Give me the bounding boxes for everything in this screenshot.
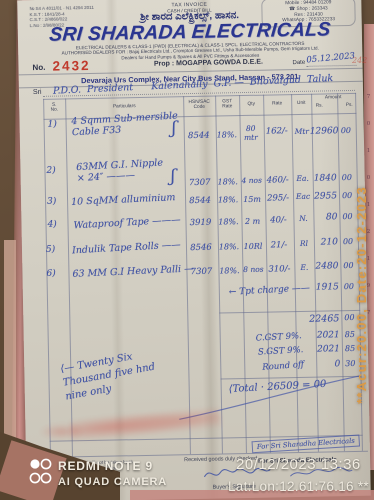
invoice-photo-scene: № S4 A 4011/01 · N1 4294 2011 K.S.T : 18… bbox=[0, 0, 374, 500]
row-rate: 310/- bbox=[264, 264, 294, 275]
row-sno: 6) bbox=[46, 269, 55, 280]
amount-in-words: ⟨— Twenty Six Thousand five hnd nine onl… bbox=[59, 347, 158, 405]
watermark-brand-line2: AI QUAD CAMERA bbox=[58, 476, 167, 488]
transport-charge-ps: 00 bbox=[344, 282, 354, 292]
buyer-label: Sri bbox=[33, 89, 42, 96]
redmi-quad-camera-logo-icon bbox=[28, 457, 54, 491]
row-particulars: Wataproof Tape ——— bbox=[73, 214, 189, 231]
col-header-amount: Amount bbox=[311, 95, 355, 101]
col-header-unit: Unit bbox=[291, 101, 311, 107]
watermark-brand-line1: REDMI NOTE 9 bbox=[58, 459, 153, 473]
row-hsn: 8544 bbox=[185, 196, 215, 207]
row-amount-ps: 00 bbox=[343, 261, 353, 271]
row-hsn: 7307 bbox=[186, 267, 216, 278]
row-sno: 4) bbox=[47, 220, 56, 231]
row-gst: 18%. bbox=[217, 177, 239, 187]
row-amount-ps: 00 bbox=[341, 126, 351, 136]
row-amount-ps: 00 bbox=[342, 173, 352, 183]
row-qty: 8 nos bbox=[240, 266, 266, 275]
photo-gps-coordinates: Lat:Lon:12.61:76.16 ** bbox=[228, 479, 369, 494]
row-qty: 2 m bbox=[241, 217, 263, 227]
row-sno: 1) bbox=[48, 120, 57, 131]
date-dotted-line bbox=[307, 65, 357, 67]
row-particulars: 10 SqMM alluminium bbox=[71, 192, 187, 208]
row-amount-rs: 80 bbox=[311, 212, 337, 223]
row-gst: 18%. bbox=[217, 217, 239, 227]
row-amount-rs: 210 bbox=[312, 237, 338, 248]
row-qty: 15m bbox=[241, 195, 263, 205]
row-hsn: 8546 bbox=[186, 243, 216, 254]
sgst-rs: 2021 bbox=[314, 344, 340, 355]
transport-charge-rs: 1915 bbox=[313, 282, 339, 293]
row-particulars: Indulik Tape Rolls —— bbox=[72, 239, 188, 256]
row-gst: 18%. bbox=[217, 195, 239, 205]
col-header-hsn: HSN/SAC Code bbox=[183, 100, 215, 111]
row-qty: 80 mtr bbox=[240, 125, 262, 143]
col-header-gst: GST Rate bbox=[215, 99, 239, 110]
row-amount-ps: 00 bbox=[343, 237, 353, 247]
row-sno: 5) bbox=[46, 245, 55, 256]
bill-no-label: No. bbox=[32, 63, 45, 72]
row-gst: 18%. bbox=[218, 242, 240, 252]
col-header-particulars: Particulars bbox=[65, 103, 183, 111]
row-amount-rs: 12960 bbox=[310, 126, 336, 137]
row-amount-rs: 1840 bbox=[311, 173, 337, 184]
round-off-rs: 0 bbox=[314, 359, 340, 370]
row-brace: ʃ bbox=[172, 118, 177, 138]
row-sno: 3) bbox=[47, 197, 56, 208]
photo-timestamp: 20/12/2023 13:36 bbox=[236, 456, 361, 473]
row-rate: 162/- bbox=[262, 126, 292, 137]
transport-charge-label: ← Tpt charge —— bbox=[229, 283, 311, 298]
proprietor-line: Prop : MOGAPPA GOWDA D.E.E. bbox=[126, 58, 290, 68]
edge-red-number: 242 bbox=[352, 56, 367, 65]
col-header-rs: Rs. bbox=[313, 103, 325, 109]
date-label: Date bbox=[292, 60, 305, 66]
photo-accuracy-vertical-text: **Acur:20.00, Date:20-12-2023 bbox=[354, 85, 370, 500]
row-amount-ps: 00 bbox=[342, 191, 352, 201]
row-gst: 18%. bbox=[216, 130, 238, 140]
bill-no: 2432 bbox=[52, 58, 90, 74]
row-hsn: 8544 bbox=[184, 131, 214, 142]
col-header-sno: S. No. bbox=[43, 102, 65, 113]
row-qty: 4 nos bbox=[239, 177, 265, 186]
row-gst: 18%. bbox=[218, 266, 240, 276]
red-stamp-smudge-2 bbox=[39, 423, 83, 440]
row-rate: 21/- bbox=[264, 240, 294, 251]
row-rate: 295/- bbox=[263, 193, 293, 204]
row-qty: 10Rl bbox=[242, 242, 264, 252]
row-hsn: 3919 bbox=[185, 218, 215, 229]
cgst-rs: 2021 bbox=[314, 330, 340, 341]
col-header-rate: Rate bbox=[263, 101, 291, 107]
round-off-label: Round off bbox=[262, 360, 304, 373]
row-rate: 40/- bbox=[263, 215, 293, 226]
row-particulars: 4 Sqmm Sub-mersible Cable F33 bbox=[71, 110, 182, 138]
row-amount-rs: 2955 bbox=[311, 191, 337, 202]
row-amount-ps: 00 bbox=[342, 212, 352, 222]
invoice-paper: № S4 A 4011/01 · N1 4294 2011 K.S.T : 18… bbox=[17, 0, 371, 500]
col-header-qty: Qty bbox=[239, 102, 263, 108]
row-particulars: 63 MM G.I Heavy Palli — bbox=[72, 263, 192, 280]
row-brace: ʃ bbox=[170, 166, 175, 186]
row-particulars: 63MM G.I. Nipple × 24″ ——— bbox=[76, 156, 183, 184]
row-sno: 2) bbox=[46, 166, 55, 177]
row-amount-rs: 2480 bbox=[312, 261, 338, 272]
row-rate: 460/- bbox=[263, 175, 293, 186]
subtotal-rs: 22465 bbox=[307, 313, 339, 325]
row-hsn: 7307 bbox=[185, 178, 215, 189]
